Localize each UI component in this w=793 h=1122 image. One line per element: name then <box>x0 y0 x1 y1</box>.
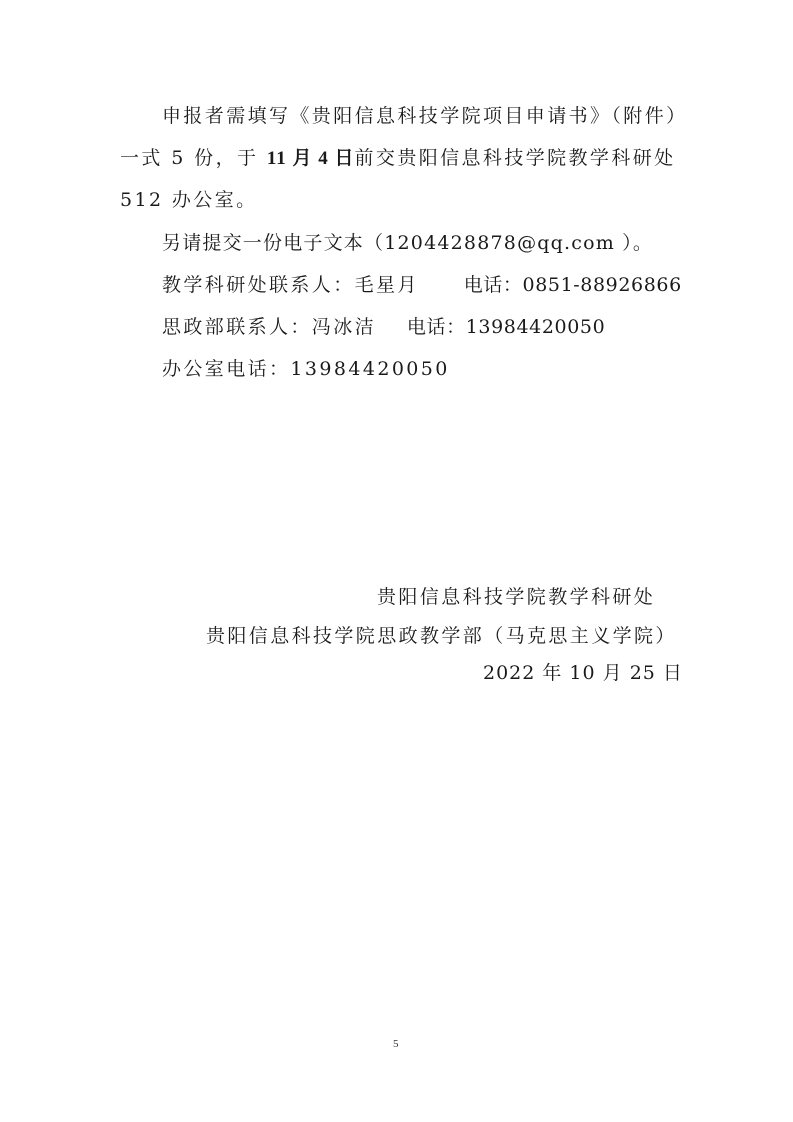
deadline-date: 11 月 4 日 <box>267 148 355 169</box>
contact-research-office: 教学科研处联系人：毛星月 电话：0851-88926866 <box>162 273 682 297</box>
contact-politics-phone: 电话：13984420050 <box>407 316 605 338</box>
para1-line3: 512 办公室。 <box>120 188 258 212</box>
contact-politics-dept: 思政部联系人：冯冰洁 电话：13984420050 <box>162 315 605 339</box>
contact-research-label: 教学科研处联系人：毛星月 <box>162 274 419 296</box>
para1-line2-end: 前交贵阳信息科技学院教学科研处 <box>355 147 676 169</box>
signature-org1: 贵阳信息科技学院教学科研处 <box>377 585 655 609</box>
signature-date: 2022 年 10 月 25 日 <box>483 661 683 685</box>
page-number: 5 <box>393 1038 399 1050</box>
electronic-submission: 另请提交一份电子文本（1204428878@qq.com ）。 <box>162 231 653 255</box>
contact-politics-label: 思政部联系人：冯冰洁 <box>162 316 376 338</box>
para1-line1: 申报者需填写《贵阳信息科技学院项目申请书》（附件） <box>162 104 688 128</box>
para1-line2-start: 一式 5 份，于 <box>120 147 267 169</box>
para1-line2: 一式 5 份，于 11 月 4 日前交贵阳信息科技学院教学科研处 <box>120 146 676 171</box>
signature-org2: 贵阳信息科技学院思政教学部（马克思主义学院） <box>206 624 677 648</box>
office-phone: 办公室电话：13984420050 <box>162 357 450 381</box>
contact-research-phone: 电话：0851-88926866 <box>464 274 682 296</box>
